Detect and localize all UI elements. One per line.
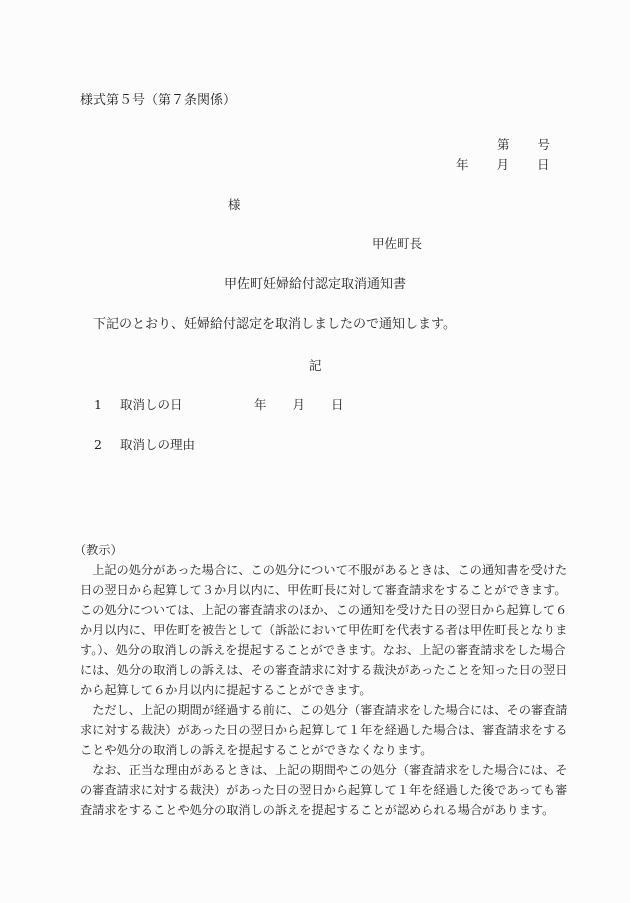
cancel-day: 日 — [331, 397, 344, 412]
notice-line: 日の翌日から起算して３か月以内に、甲佐町長に対して審査請求をすることができます。 — [80, 580, 556, 600]
appeal-notice: （教示） 上記の処分があった場合に、この処分について不服があるときは、この通知書… — [80, 540, 556, 820]
item-cancel-date: 1取消しの日 年月日 — [94, 399, 183, 412]
date-day: 日 — [537, 157, 550, 172]
item-cancel-reason: 2取消しの理由 — [94, 439, 195, 452]
doc-number-prefix: 第 — [497, 137, 510, 152]
notice-line: 査請求をすることや処分の取消しの訴えを提起することが認められる場合があります。 — [80, 800, 556, 820]
notice-line: 上記の処分があった場合に、この処分について不服があるときは、この通知書を受けた — [80, 560, 556, 580]
item-label: 取消しの日 — [120, 397, 183, 412]
cancel-date: 年月日 — [254, 399, 344, 412]
date-month: 月 — [497, 157, 510, 172]
notice-line: か月以内に、甲佐町を被告として（訴訟において甲佐町を代表する者は甲佐町長となりま — [80, 620, 556, 640]
form-number: 様式第５号（第７条関係） — [80, 94, 236, 107]
date-year: 年 — [456, 157, 469, 172]
notice-heading: （教示） — [74, 540, 556, 560]
recipient: 様 — [228, 199, 241, 212]
notice-line: ただし、上記の期間が経過する前に、この処分（審査請求をした場合には、その審査請 — [80, 700, 556, 720]
cancel-month: 月 — [293, 397, 306, 412]
issue-date: 年月日 — [456, 159, 550, 172]
notice-line: 求に対する裁決）があった日の翌日から起算して１年を経過した場合は、審査請求をする — [80, 720, 556, 740]
notice-line: す。）、処分の取消しの訴えを提起することができます。なお、上記の審査請求をした場… — [80, 640, 556, 660]
notice-line: から起算して６か月以内に提起することができます。 — [80, 680, 556, 700]
notice-line: には、処分の取消しの訴えは、その審査請求に対する裁決があったことを知った日の翌日 — [80, 660, 556, 680]
notice-line: なお、正当な理由があるときは、上記の期間やこの処分（審査請求をした場合には、そ — [80, 760, 556, 780]
item-number: 1 — [94, 399, 120, 412]
notice-line: この処分については、上記の審査請求のほか、この通知を受けた日の翌日から起算して６ — [80, 600, 556, 620]
issuer: 甲佐町長 — [372, 238, 422, 251]
document-title: 甲佐町妊婦給付認定取消通知書 — [224, 278, 406, 291]
notice-line: の審査請求に対する裁決）があった日の翌日から起算して１年を経過した後であっても審 — [80, 780, 556, 800]
item-label: 取消しの理由 — [120, 437, 195, 452]
doc-number-suffix: 号 — [538, 137, 551, 152]
item-number: 2 — [94, 439, 120, 452]
notice-line: ことや処分の取消しの訴えを提起することができなくなります。 — [80, 740, 556, 760]
ki-heading: 記 — [309, 360, 322, 373]
document-number: 第号 — [497, 139, 550, 152]
cancel-year: 年 — [254, 397, 267, 412]
intro-text: 下記のとおり、妊婦給付認定を取消しましたので通知します。 — [93, 318, 456, 331]
